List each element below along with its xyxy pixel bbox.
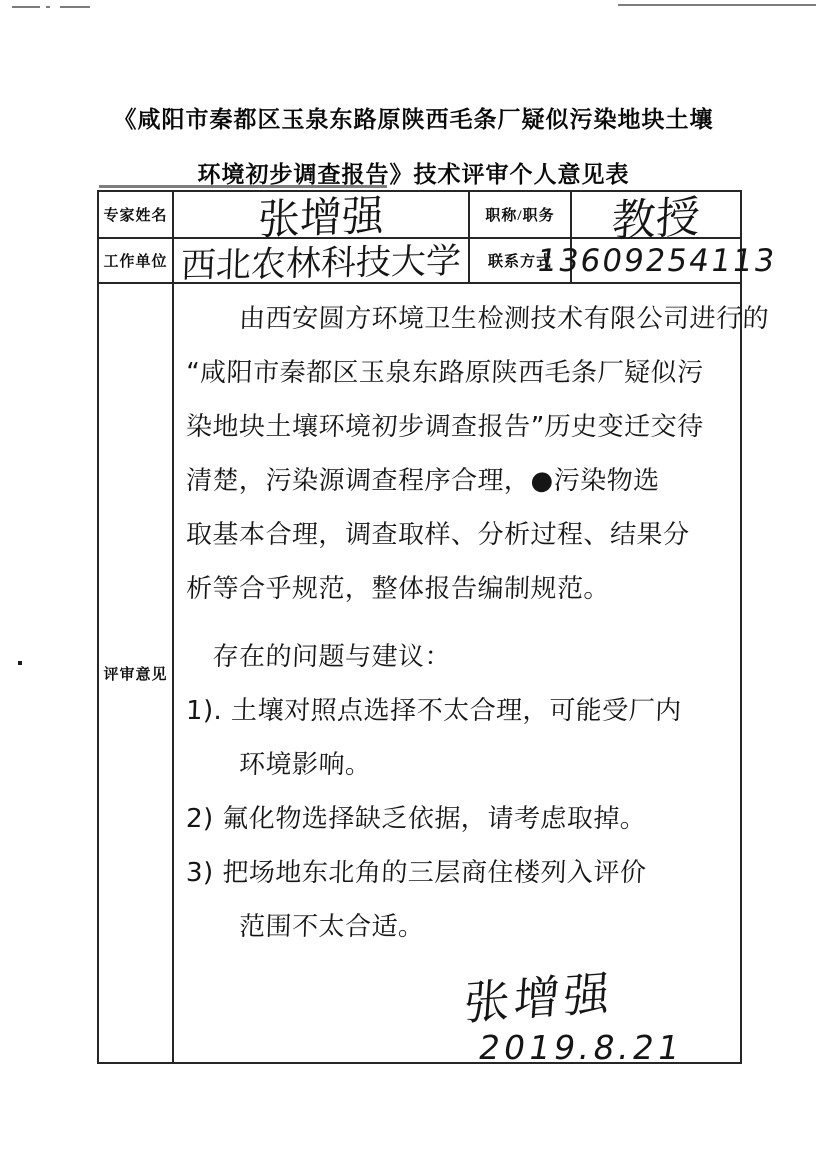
expert-name-value-cell: 张增强 (174, 192, 470, 239)
review-form-table: 专家姓名 张增强 职称/职务 教授 工作单位 西北农林科技大学 联系方式 136… (97, 190, 742, 1064)
scanned-document-page: 《咸阳市秦都区玉泉东路原陕西毛条厂疑似污染地块土壤 环境初步调查报告》技术评审个… (0, 0, 827, 1170)
scan-artifact (618, 4, 816, 6)
work-unit-label: 工作单位 (103, 250, 167, 271)
contact-value-cell: 13609254113 (572, 239, 742, 284)
opinion-line: 存在的问题与建议： (185, 630, 737, 684)
expert-name-label: 专家姓名 (103, 204, 167, 225)
opinion-line: 取基本合理，调查取样、分析过程、结果分 (185, 508, 737, 562)
work-unit-label-cell: 工作单位 (99, 239, 174, 284)
signature-handwritten: 张增强 (462, 957, 616, 1034)
scan-artifact (46, 6, 50, 8)
opinion-lines: 由西安圆方环境卫生检测技术有限公司进行的“咸阳市秦都区玉泉东路原陕西毛条厂疑似污… (186, 292, 736, 954)
opinion-content-cell: 由西安圆方环境卫生检测技术有限公司进行的“咸阳市秦都区玉泉东路原陕西毛条厂疑似污… (174, 284, 742, 1064)
title-position-value-cell: 教授 (572, 192, 742, 239)
title-line-1: 《咸阳市秦都区玉泉东路原陕西毛条厂疑似污染地块土壤 (0, 92, 827, 147)
opinion-line-gap (186, 616, 736, 630)
opinion-line: 环境影响。 (185, 738, 737, 792)
opinion-line: 染地块土壤环境初步调查报告”历史变迁交待 (185, 400, 737, 454)
opinion-label: 评审意见 (103, 663, 167, 684)
work-unit-handwritten: 西北农林科技大学 (180, 233, 462, 288)
opinion-line: 2) 氟化物选择缺乏依据，请考虑取掉。 (185, 792, 737, 846)
expert-name-label-cell: 专家姓名 (99, 192, 174, 239)
opinion-line: 3) 把场地东北角的三层商住楼列入评价 (185, 846, 737, 900)
contact-handwritten: 13609254113 (534, 243, 779, 279)
title-position-label-cell: 职称/职务 (470, 192, 572, 239)
work-unit-value-cell: 西北农林科技大学 (174, 239, 470, 284)
opinion-line: “咸阳市秦都区玉泉东路原陕西毛条厂疑似污 (185, 346, 737, 400)
opinion-line: 1). 土壤对照点选择不太合理，可能受厂内 (185, 684, 737, 738)
opinion-label-cell: 评审意见 (99, 284, 174, 1064)
scan-artifact (18, 661, 22, 665)
scan-artifact (60, 6, 90, 8)
opinion-line: 清楚，污染源调查程序合理，●污染物选 (185, 454, 737, 508)
opinion-handwritten-text: 由西安圆方环境卫生检测技术有限公司进行的“咸阳市秦都区玉泉东路原陕西毛条厂疑似污… (174, 284, 740, 1062)
date-handwritten: 2019.8.21 (476, 1028, 687, 1067)
opinion-line: 由西安圆方环境卫生检测技术有限公司进行的 (185, 292, 737, 346)
title-position-label: 职称/职务 (485, 204, 554, 225)
opinion-line: 范围不太合适。 (185, 900, 737, 954)
scan-artifact (12, 6, 40, 8)
document-title: 《咸阳市秦都区玉泉东路原陕西毛条厂疑似污染地块土壤 环境初步调查报告》技术评审个… (0, 92, 827, 202)
opinion-line: 析等合乎规范，整体报告编制规范。 (185, 562, 737, 616)
